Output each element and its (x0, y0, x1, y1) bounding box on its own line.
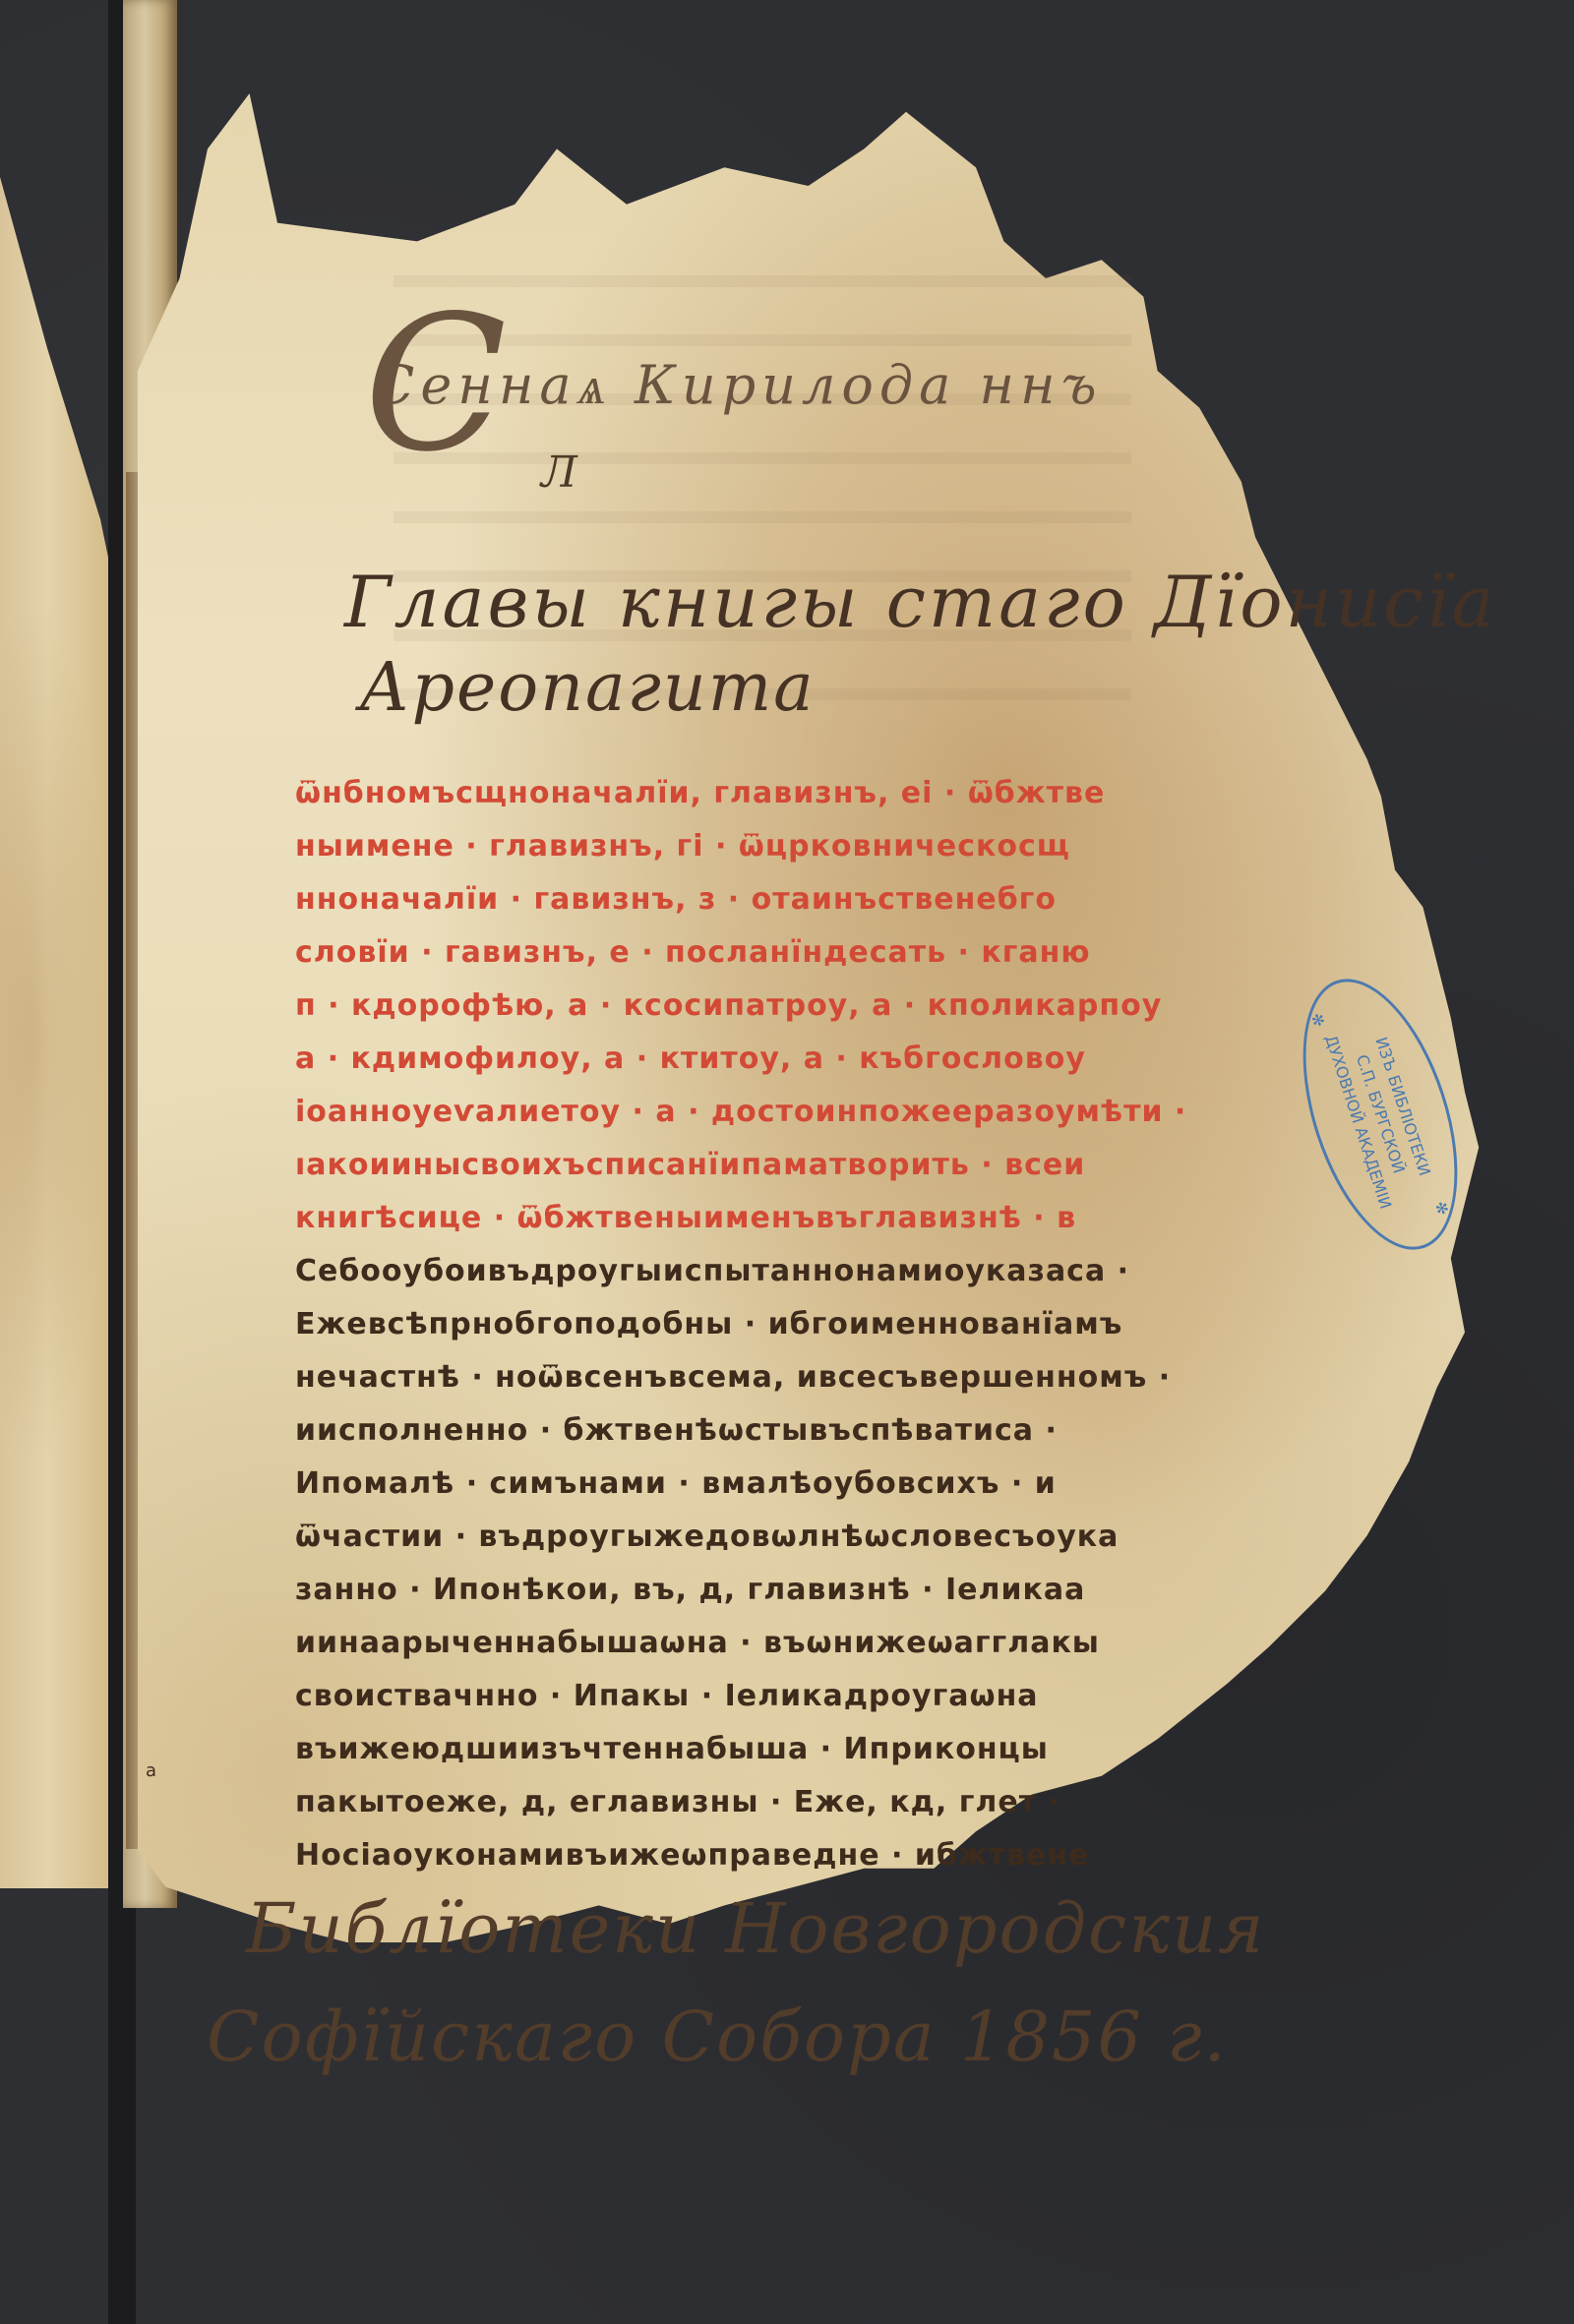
body-line: иинаарыченнабышаѡна · въѡнижеѡагглакы (295, 1617, 1279, 1670)
rubric-line: книгѣсице · ѿбжтвеныименъвъглавизнѣ · в (295, 1192, 1279, 1245)
header-title: Сеннаѧ Кирилода ннъ (374, 354, 1103, 416)
star-icon: ✻ (1433, 1198, 1452, 1220)
body-line: въижеюдшиизъчтеннабыша · Иприконцы (295, 1723, 1279, 1776)
water-stain (0, 590, 108, 1475)
body-line: Себооубоивъдроугыиспытаннонамиоуказаса · (295, 1245, 1279, 1298)
rubric-line: ѿнбномъсщноначалїи, главизнъ, еі · ѿбжтв… (295, 767, 1279, 820)
rubric-line: іоанноуеѵалиетоу · а · достоинпожееразоу… (295, 1086, 1279, 1139)
rubric-line: нноначалїи · гавизнъ, з · отаинъственебг… (295, 873, 1279, 926)
body-line: Ипомалѣ · симънами · вмалѣоубовсихъ · и (295, 1458, 1279, 1511)
star-icon: ✻ (1309, 1009, 1328, 1031)
ownership-note-line-2: Софїйскаго Собора 1856 г. (207, 1996, 1228, 2077)
folio-numeral: Л (541, 447, 577, 498)
rubric-line: п · кдорофѣю, а · ксосипатроу, а · кполи… (295, 980, 1279, 1033)
heading-line-2: Ареопагита (359, 649, 816, 727)
body-line: нечастнѣ · ноѿвсенъвсема, ивсесъвершенно… (295, 1351, 1279, 1404)
body-line: ѿчастии · въдроугыжедовѡлнѣѡсловесъоука (295, 1511, 1279, 1564)
text-block: ѿнбномъсщноначалїи, главизнъ, еі · ѿбжтв… (295, 767, 1279, 1882)
body-line: пакытоеже, д, еглавизны · Еже, кд, глет … (295, 1776, 1279, 1829)
ownership-note-line-1: Библїотеки Новгородския (246, 1888, 1266, 1969)
body-line: занно · Ипонѣкои, въ, д, главизнѣ · Іели… (295, 1564, 1279, 1617)
body-line: Носіаоуконамивъижеѡправедне · ибжтвене (295, 1829, 1279, 1882)
heading-line-1: Главы книгы стаго Дїонисїа (344, 561, 1497, 643)
body-line: иисполненно · бжтвенѣѡстывъспѣватиса · (295, 1404, 1279, 1458)
rubric-line: а · кдимофилоу, а · ктитоу, а · къбгосло… (295, 1033, 1279, 1086)
margin-mark: а (146, 1760, 156, 1781)
rubric-line: ныимене · главизнъ, гі · ѿцрковническосщ (295, 820, 1279, 873)
body-line: Ежевсѣпрнобгоподобны · ибгоименнованїамъ (295, 1298, 1279, 1351)
body-line: своиствачнно · Ипакы · Іеликадроугаѡна (295, 1670, 1279, 1723)
rubric-line: словїи · гавизнъ, е · посланїндесать · к… (295, 926, 1279, 980)
rubric-line: ıакоиинысвоихъсписанїипаматворить · всеи (295, 1139, 1279, 1192)
